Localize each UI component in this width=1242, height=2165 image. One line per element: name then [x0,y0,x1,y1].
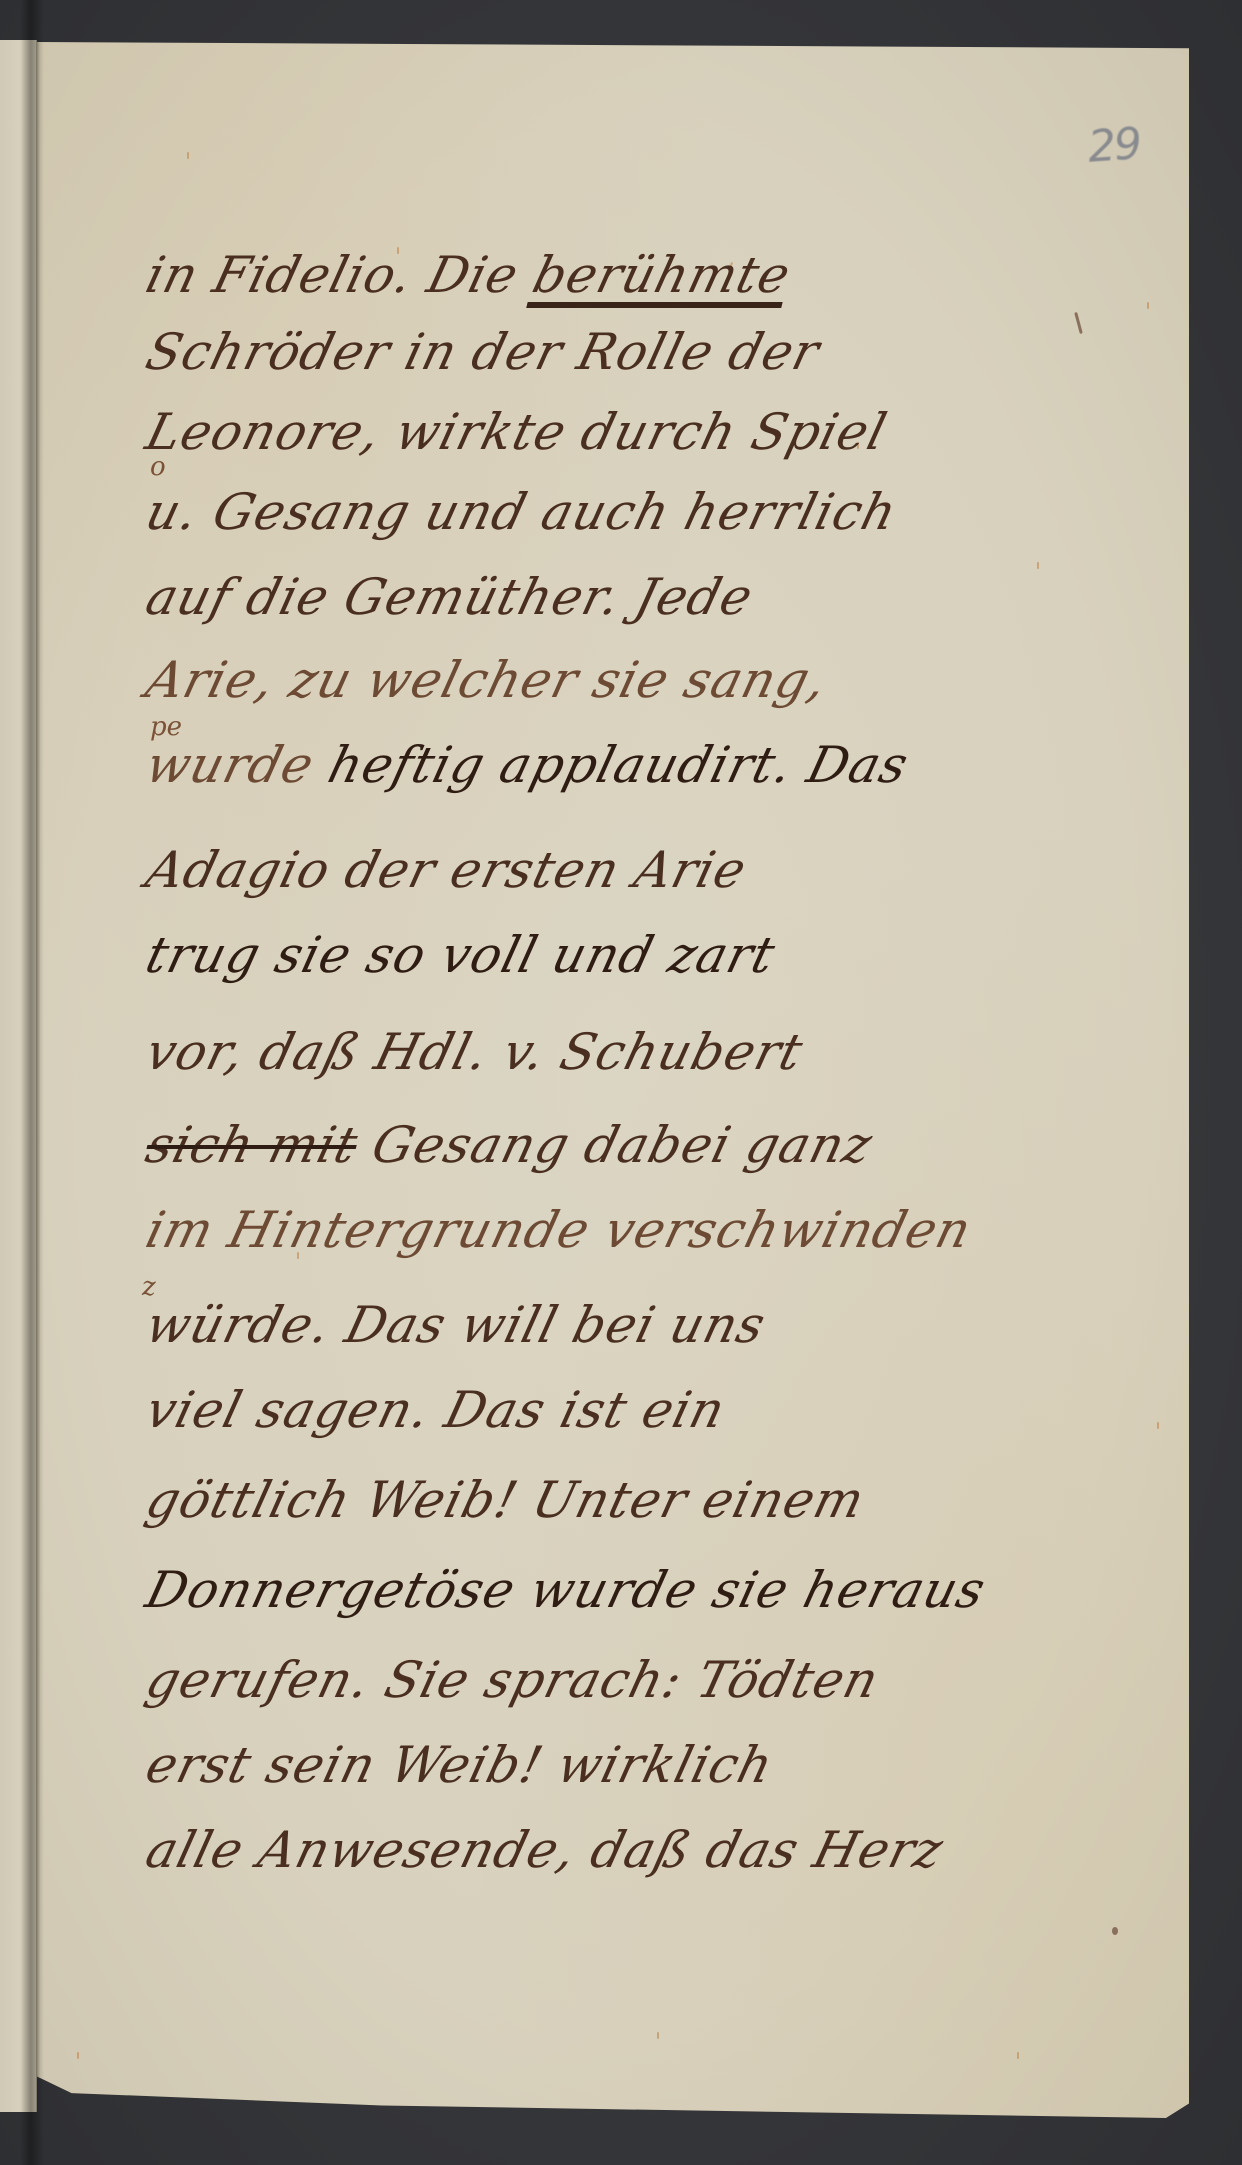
line-text: würde. Das will bei uns [140,1296,771,1354]
manuscript-line: im Hintergrunde verschwinden [140,1200,978,1260]
manuscript-line: wurde heftig applaudirt. Das [140,735,915,795]
manuscript-line: in Fidelio. Die berühmte [140,245,797,305]
handwritten-text-block: in Fidelio. Die berühmteSchröder in der … [0,0,1242,2165]
manuscript-line: Adagio der ersten Arie [140,840,753,900]
line-text: wurde [140,736,337,794]
manuscript-line: vor, daß Hdl. v. Schubert [140,1022,809,1082]
underlined-word: berühmte [527,246,796,304]
line-text: erst sein Weib! wirklich [140,1736,779,1794]
line-text: trug sie so voll und zart [140,926,781,984]
manuscript-line: viel sagen. Das ist ein [140,1380,732,1440]
line-text: Adagio der ersten Arie [140,841,752,899]
manuscript-line: sich mit Gesang dabei ganz [140,1115,879,1175]
interlinear-insertion: z [142,1272,156,1302]
line-text: göttlich Weib! Unter einem [140,1471,870,1529]
line-text: Schröder in der Rolle der [140,323,826,381]
interlinear-insertion: pe [150,712,182,742]
line-text: Leonore, wirkte durch Spiel [140,403,893,461]
manuscript-line: Donnergetöse wurde sie heraus [140,1560,992,1620]
manuscript-line: trug sie so voll und zart [140,925,782,985]
line-text: Donnergetöse wurde sie heraus [140,1561,991,1619]
line-text: u. Gesang und auch herrlich [140,483,903,541]
interlinear-insertion: o [150,452,166,482]
line-text: Arie, zu welcher sie sang, [140,651,833,709]
line-text: gerufen. Sie sprach: Tödten [140,1651,885,1709]
line-text: auf die Gemüther. Jede [140,568,759,626]
manuscript-line: erst sein Weib! wirklich [140,1735,780,1795]
manuscript-line: Schröder in der Rolle der [140,322,826,382]
line-text: alle Anwesende, daß das Herz [140,1821,949,1879]
manuscript-line: u. Gesang und auch herrlich [140,482,903,542]
manuscript-line: alle Anwesende, daß das Herz [140,1820,950,1880]
line-text: in Fidelio. Die [140,246,541,304]
struck-through-text: sich mit [140,1116,364,1174]
manuscript-line: göttlich Weib! Unter einem [140,1470,871,1530]
line-text: im Hintergrunde verschwinden [140,1201,977,1259]
line-text: Gesang dabei ganz [349,1116,878,1174]
line-text: viel sagen. Das ist ein [140,1381,731,1439]
line-text: vor, daß Hdl. v. Schubert [140,1023,809,1081]
line-text: heftig applaudirt. Das [323,736,915,794]
manuscript-line: Leonore, wirkte durch Spiel [140,402,893,462]
manuscript-line: würde. Das will bei uns [140,1295,772,1355]
manuscript-line: Arie, zu welcher sie sang, [140,650,833,710]
manuscript-line: gerufen. Sie sprach: Tödten [140,1650,885,1710]
manuscript-line: auf die Gemüther. Jede [140,567,759,627]
